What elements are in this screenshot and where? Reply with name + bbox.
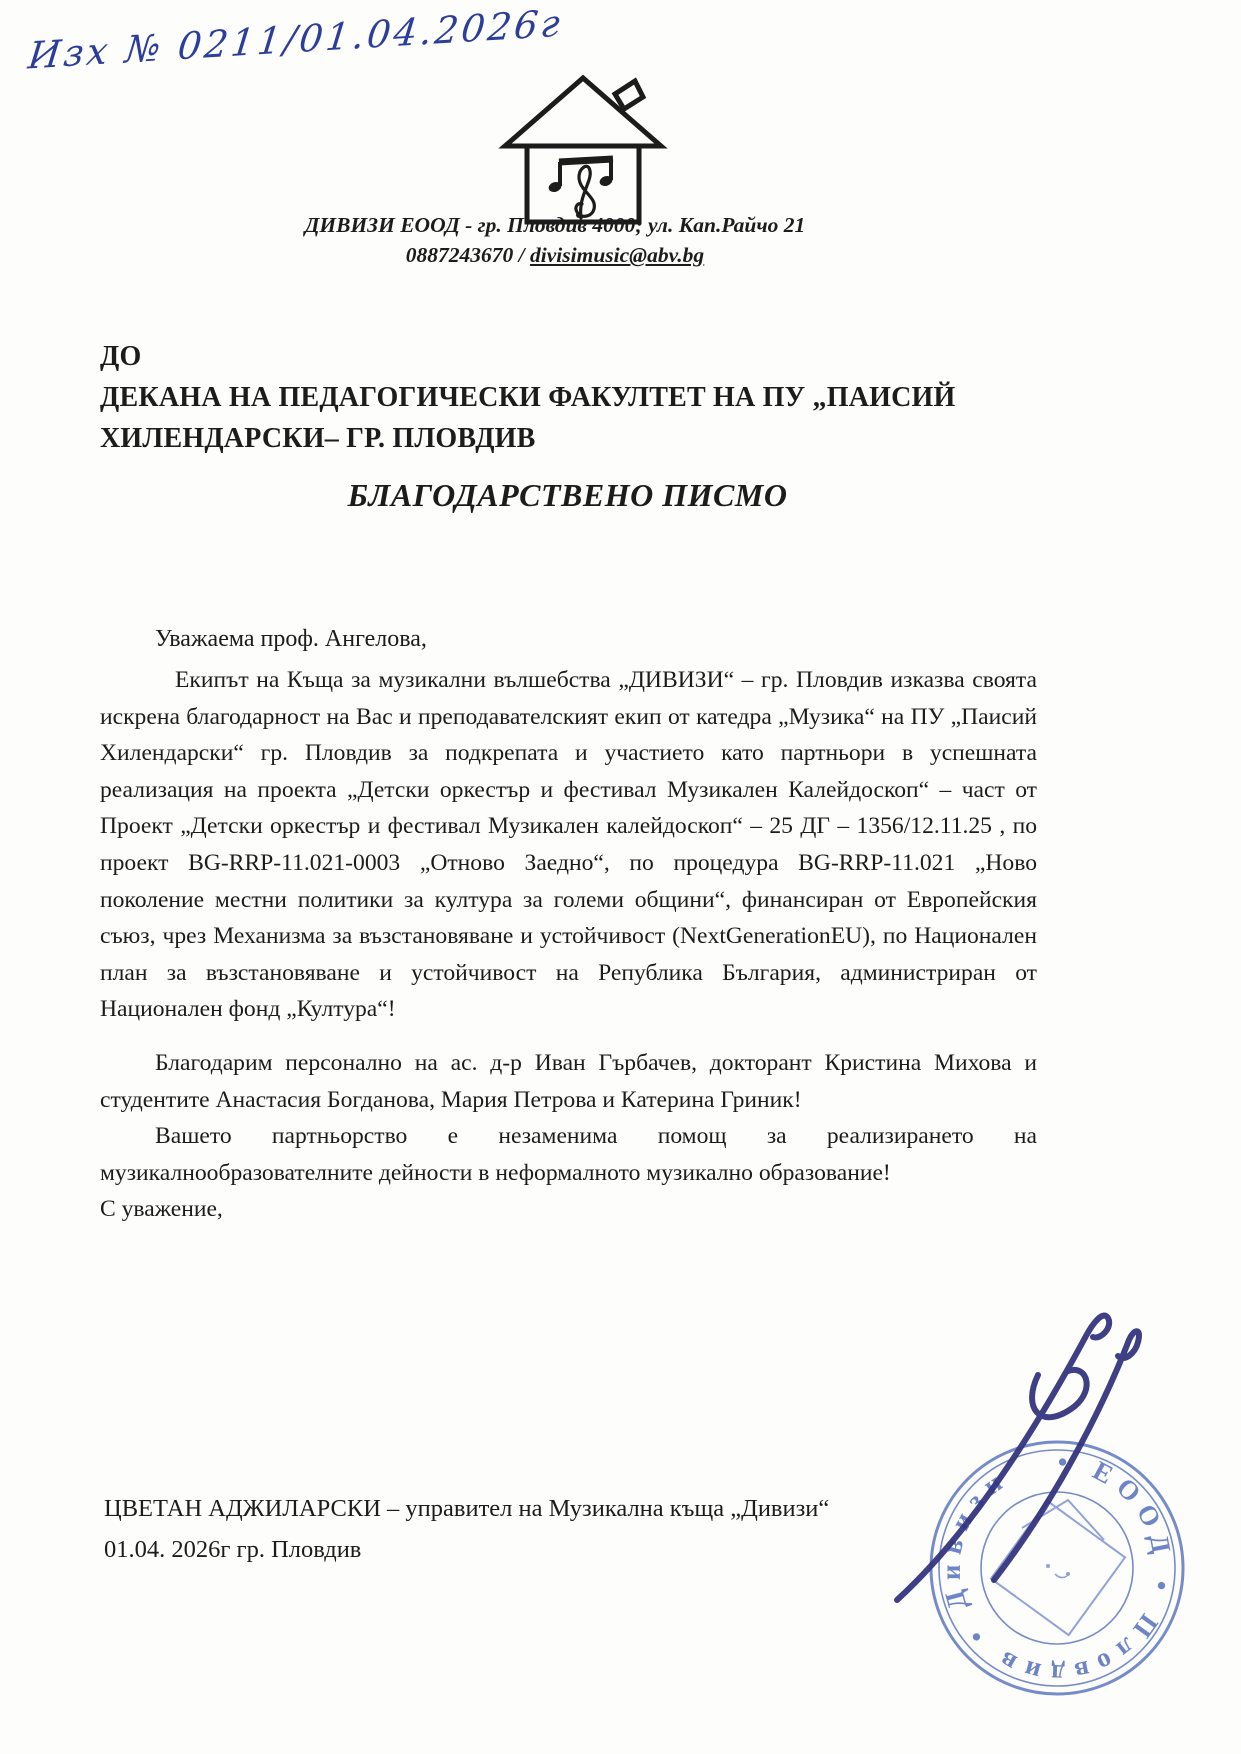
letter-title: БЛАГОДАРСТВЕНО ПИСМО bbox=[100, 477, 1035, 514]
paragraph-partnership: Вашето партньорство е незаменима помощ з… bbox=[100, 1118, 1037, 1191]
house-chimney bbox=[615, 81, 643, 109]
company-address-line: ДИВИЗИ ЕООД - гр. Пловдив 4000; ул. Кап.… bbox=[0, 210, 1110, 240]
email-address: divisimusic@abv.bg bbox=[530, 243, 704, 267]
date-place-line: 01.04. 2026г гр. Пловдив bbox=[104, 1529, 829, 1570]
signature-block: ЦВЕТАН АДЖИЛАРСКИ – управител на Музикал… bbox=[104, 1488, 829, 1570]
stamp-house-icon bbox=[991, 1500, 1125, 1635]
contact-line: 0887243670 / divisimusic@abv.bg bbox=[0, 240, 1110, 270]
scanned-letter-page: Изх № 0211/01.04.2026г ДИВИЗИ ЕООД - гр.… bbox=[0, 0, 1241, 1754]
company-stamp: • ЕООД • Пловдив • Дивизи bbox=[872, 1278, 1202, 1718]
contact-separator: / bbox=[513, 243, 530, 267]
recipient-block: ДО ДЕКАНА НА ПЕДАГОГИЧЕСКИ ФАКУЛТЕТ НА П… bbox=[100, 336, 970, 459]
paragraph-personal-thanks: Благодарим персонално на ас. д-р Иван Гъ… bbox=[100, 1045, 1037, 1118]
phone-number: 0887243670 bbox=[406, 243, 514, 267]
salutation: Уважаема проф. Ангелова, bbox=[155, 626, 427, 653]
recipient-addressee: ДЕКАНА НА ПЕДАГОГИЧЕСКИ ФАКУЛТЕТ НА ПУ „… bbox=[100, 377, 970, 459]
music-house-logo-icon bbox=[497, 68, 669, 228]
closing-line: С уважение, bbox=[100, 1191, 1037, 1228]
recipient-to: ДО bbox=[100, 336, 970, 377]
letter-body: Екипът на Къща за музикални вълшебства „… bbox=[100, 662, 1037, 1228]
handwritten-ref-number: Изх № 0211/01.04.2026г bbox=[26, 1, 565, 77]
letterhead: ДИВИЗИ ЕООД - гр. Пловдив 4000; ул. Кап.… bbox=[0, 210, 1110, 270]
signer-line: ЦВЕТАН АДЖИЛАРСКИ – управител на Музикал… bbox=[104, 1488, 829, 1529]
stamp-rings bbox=[931, 1442, 1183, 1694]
paragraph-project-thanks: Екипът на Къща за музикални вълшебства „… bbox=[100, 662, 1037, 1028]
